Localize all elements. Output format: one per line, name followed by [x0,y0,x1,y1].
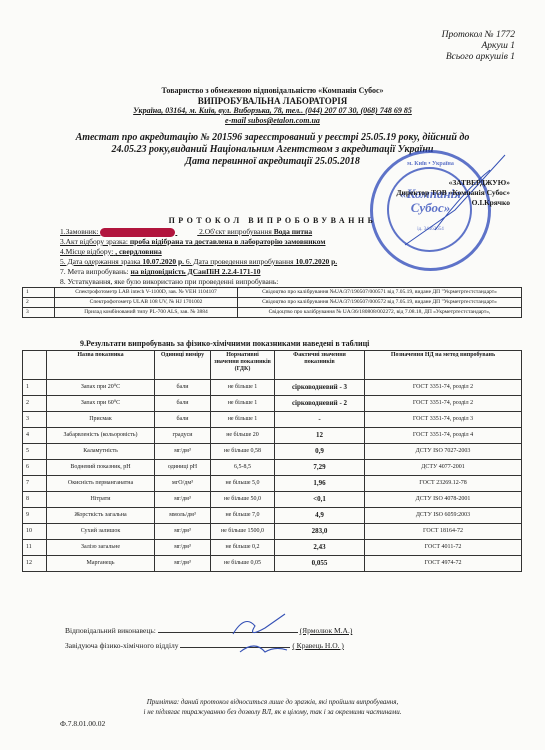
result-unit: бали [155,380,211,396]
tested-label: 6. Дата проведення випробування [186,257,294,266]
result-norm: не більше 0,05 [211,556,275,572]
equipment-device: Спектрофотометр ULAB 108 UV, № HJ 170100… [55,298,238,308]
result-n: 3 [23,412,47,428]
result-value: 2,43 [275,540,365,556]
head-label: Завідуюча фізико-хімічного відділу [65,641,179,650]
results-row: 5Каламутністьмг/дм³не більше 0,580,9ДСТУ… [23,444,522,460]
sheet-number: Аркуш 1 [442,41,515,52]
result-method: ГОСТ 3351-74, розділ 2 [365,396,522,412]
result-n: 12 [23,556,47,572]
equipment-number: 3 [23,308,55,318]
place-label: 4.Місце відбору: [60,247,113,256]
received-label: 5. Дата одержання зразка [60,257,140,266]
disclaimer-note: Примітка: даний протокол відноситься лиш… [0,697,545,717]
result-norm: не більше 1 [211,396,275,412]
head-name: ( Кравець Н.О. ) [292,641,344,650]
result-value: сірководневий - 3 [275,380,365,396]
tested-value: 10.07.2020 р. [295,257,337,266]
result-unit: мгО/дм³ [155,476,211,492]
results-row: 10Сухий залишокмг/дм³не більше 1500,0283… [23,524,522,540]
result-value: - [275,412,365,428]
place-line: 4.Місце відбору: , свердловина [60,247,162,257]
purpose-label: 7. Мета випробувань: [60,267,129,276]
result-method: ДСТУ ISO 7027-2003 [365,444,522,460]
result-n: 7 [23,476,47,492]
result-method: ГОСТ 3351-74, розділ 4 [365,428,522,444]
result-method: ГОСТ 4011-72 [365,540,522,556]
place-value: , свердловина [115,247,162,256]
equipment-row: 3Прилад комбінований типу PL-700 ALS, за… [23,308,522,318]
customer-redacted [100,228,175,237]
lab-email: e-mail subos@etalon.com.ua [0,116,545,126]
result-norm: не більше 0,58 [211,444,275,460]
results-row: 11Залізо загальнемг/дм³не більше 0,22,43… [23,540,522,556]
equipment-certificate: Свідоцтво про калібрування № UA/36/18080… [238,308,522,318]
result-norm: не більше 50,0 [211,492,275,508]
lab-name: ВИПРОБУВАЛЬНА ЛАБОРАТОРІЯ [0,96,545,106]
equipment-device: Прилад комбінований типу PL-700 ALS, зав… [55,308,238,318]
result-n: 10 [23,524,47,540]
act-value: проба відібрана та доставлена в лаборато… [130,237,326,246]
result-method: ГОСТ 4974-72 [365,556,522,572]
result-name: Залізо загальне [47,540,155,556]
result-name: Присмак [47,412,155,428]
protocol-title: ПРОТОКОЛ ВИПРОБОВУВАННЬ [0,216,545,225]
result-value: 0,055 [275,556,365,572]
received-value: 10.07.2020 р. [142,257,184,266]
executor-name: (Ярмолюк М.А.) [300,626,353,635]
result-value: 1,96 [275,476,365,492]
result-norm: не більше 1 [211,380,275,396]
equipment-certificate: Свідоцтво про калібрування №UA/37/190507… [238,298,522,308]
equipment-label: 8. Устаткування, яке було використано пр… [60,277,278,287]
equipment-row: 2Спектрофотометр ULAB 108 UV, № HJ 17010… [23,298,522,308]
result-name: Каламутність [47,444,155,460]
results-column-header: Фактичні значення показників [275,351,365,380]
results-row: 2Запах при 60⁰Сбалине більше 1сірководне… [23,396,522,412]
result-value: 283,0 [275,524,365,540]
equipment-row: 1Спектрофотометр LAB intech V-1100D, зав… [23,288,522,298]
result-n: 2 [23,396,47,412]
results-row: 6Водневий показник, pHодиниці pH6,5-8,57… [23,460,522,476]
approve-label: «ЗАТВЕРДЖУЮ» [396,178,510,188]
results-table: Назва показникаОдиниці виміруНормативні … [22,350,522,572]
result-method: ДСТУ ISO 4078-2001 [365,492,522,508]
result-unit: мг/дм³ [155,444,211,460]
result-n: 6 [23,460,47,476]
result-n: 5 [23,444,47,460]
executor-signature-line: Відповідальний виконавець: (Ярмолюк М.А.… [65,626,352,635]
results-column-header: Позначення НД на метод випробувань [365,351,522,380]
result-n: 11 [23,540,47,556]
result-n: 4 [23,428,47,444]
results-title: 9.Результати випробувань за фізико-хіміч… [80,339,369,348]
results-row: 1Запах при 20⁰Сбалине більше 1сірководне… [23,380,522,396]
executor-label: Відповідальний виконавець: [65,626,156,635]
director-title: Директор ТОВ «Компанія Субос» [396,188,510,198]
result-unit: мг/дм³ [155,556,211,572]
equipment-number: 2 [23,298,55,308]
results-column-header: Назва показника [47,351,155,380]
result-unit: ммоль/дм³ [155,508,211,524]
act-line: 3.Акт відбору зразка: проба відібрана та… [60,237,326,247]
result-method: ДСТУ 4077-2001 [365,460,522,476]
result-name: Марганець [47,556,155,572]
result-value: сірководневий - 2 [275,396,365,412]
purpose-value: на відповідність ДСанПіН 2.2.4-171-10 [131,267,261,276]
customer-line: 1.Замовник: 2.Об'єкт випробування Вода п… [60,227,312,237]
result-name: Забарвленість (кольоровість) [47,428,155,444]
attestation-line-1: Атестат про акредитацію № 201596 зареєст… [30,132,515,144]
result-method: ДСТУ ISO 6059:2003 [365,508,522,524]
total-sheets: Всього аркушів 1 [442,52,515,63]
results-column-header: Одиниці виміру [155,351,211,380]
object-label: 2.Об'єкт випробування [199,227,272,236]
results-row: 9Жорсткість загальнаммоль/дм³не більше 7… [23,508,522,524]
act-label: 3.Акт відбору зразка: [60,237,128,246]
result-n: 9 [23,508,47,524]
result-unit: одиниці pH [155,460,211,476]
result-unit: градуси [155,428,211,444]
result-unit: бали [155,396,211,412]
result-n: 8 [23,492,47,508]
result-method: ГОСТ 18164-72 [365,524,522,540]
result-name: Сухий залишок [47,524,155,540]
purpose-line: 7. Мета випробувань: на відповідність ДС… [60,267,260,277]
protocol-header: Протокол № 1772 Аркуш 1 Всього аркушів 1 [442,30,515,63]
customer-label: 1.Замовник: [60,227,99,236]
result-value: 4,9 [275,508,365,524]
object-value: Вода питна [274,227,312,236]
director-name: О.І.Крячко [396,198,510,208]
equipment-device: Спектрофотометр LAB intech V-1100D, зав.… [55,288,238,298]
result-n: 1 [23,380,47,396]
result-method: ГОСТ 23269.12-78 [365,476,522,492]
results-row: 12Марганецьмг/дм³не більше 0,050,055ГОСТ… [23,556,522,572]
result-unit: мг/дм³ [155,540,211,556]
result-name: Запах при 60⁰С [47,396,155,412]
equipment-certificate: Свідоцтво про калібрування №UA/37/190507… [238,288,522,298]
result-method: ГОСТ 3351-74, розділ 2 [365,380,522,396]
note-line-1: Примітка: даний протокол відноситься лиш… [0,697,545,707]
result-norm: не більше 20 [211,428,275,444]
result-value: 0,9 [275,444,365,460]
lab-address: Україна, 03164, м. Київ, вул. Виборзька,… [0,106,545,116]
results-column-header [23,351,47,380]
results-row: 8Нітратимг/дм³не більше 50,0<0,1ДСТУ ISO… [23,492,522,508]
equipment-number: 1 [23,288,55,298]
results-row: 4Забарвленість (кольоровість)градусине б… [23,428,522,444]
result-norm: не більше 1500,0 [211,524,275,540]
approval-block: «ЗАТВЕРДЖУЮ» Директор ТОВ «Компанія Субо… [396,178,510,208]
result-norm: не більше 1 [211,412,275,428]
form-code: Ф.7.8.01.00.02 [60,719,105,728]
result-value: <0,1 [275,492,365,508]
result-method: ГОСТ 3351-74, розділ 3 [365,412,522,428]
company-name: Товариство з обмеженою відповідальністю … [0,86,545,96]
results-row: 7Окисність перманганатнамгО/дм³не більше… [23,476,522,492]
result-value: 12 [275,428,365,444]
note-line-2: і не підлягає тиражуванню без дозволу ВЛ… [0,707,545,717]
result-norm: 6,5-8,5 [211,460,275,476]
result-name: Окисність перманганатна [47,476,155,492]
result-name: Нітрати [47,492,155,508]
result-norm: не більше 5,0 [211,476,275,492]
result-unit: бали [155,412,211,428]
result-name: Запах при 20⁰С [47,380,155,396]
results-row: 3Присмакбалине більше 1-ГОСТ 3351-74, ро… [23,412,522,428]
result-unit: мг/дм³ [155,524,211,540]
result-norm: не більше 7,0 [211,508,275,524]
head-signature-line: Завідуюча фізико-хімічного відділу ( Кра… [65,641,344,650]
result-unit: мг/дм³ [155,492,211,508]
handwritten-signature-icon [225,612,295,662]
director-signature-icon [395,150,515,270]
equipment-table: 1Спектрофотометр LAB intech V-1100D, зав… [22,287,522,318]
protocol-number: Протокол № 1772 [442,30,515,41]
results-column-header: Нормативні значення показників (ГДК) [211,351,275,380]
result-name: Жорсткість загальна [47,508,155,524]
result-value: 7,29 [275,460,365,476]
org-block: Товариство з обмеженою відповідальністю … [0,86,545,126]
result-norm: не більше 0,2 [211,540,275,556]
dates-line: 5. Дата одержання зразка 10.07.2020 р. 6… [60,257,337,267]
result-name: Водневий показник, pH [47,460,155,476]
